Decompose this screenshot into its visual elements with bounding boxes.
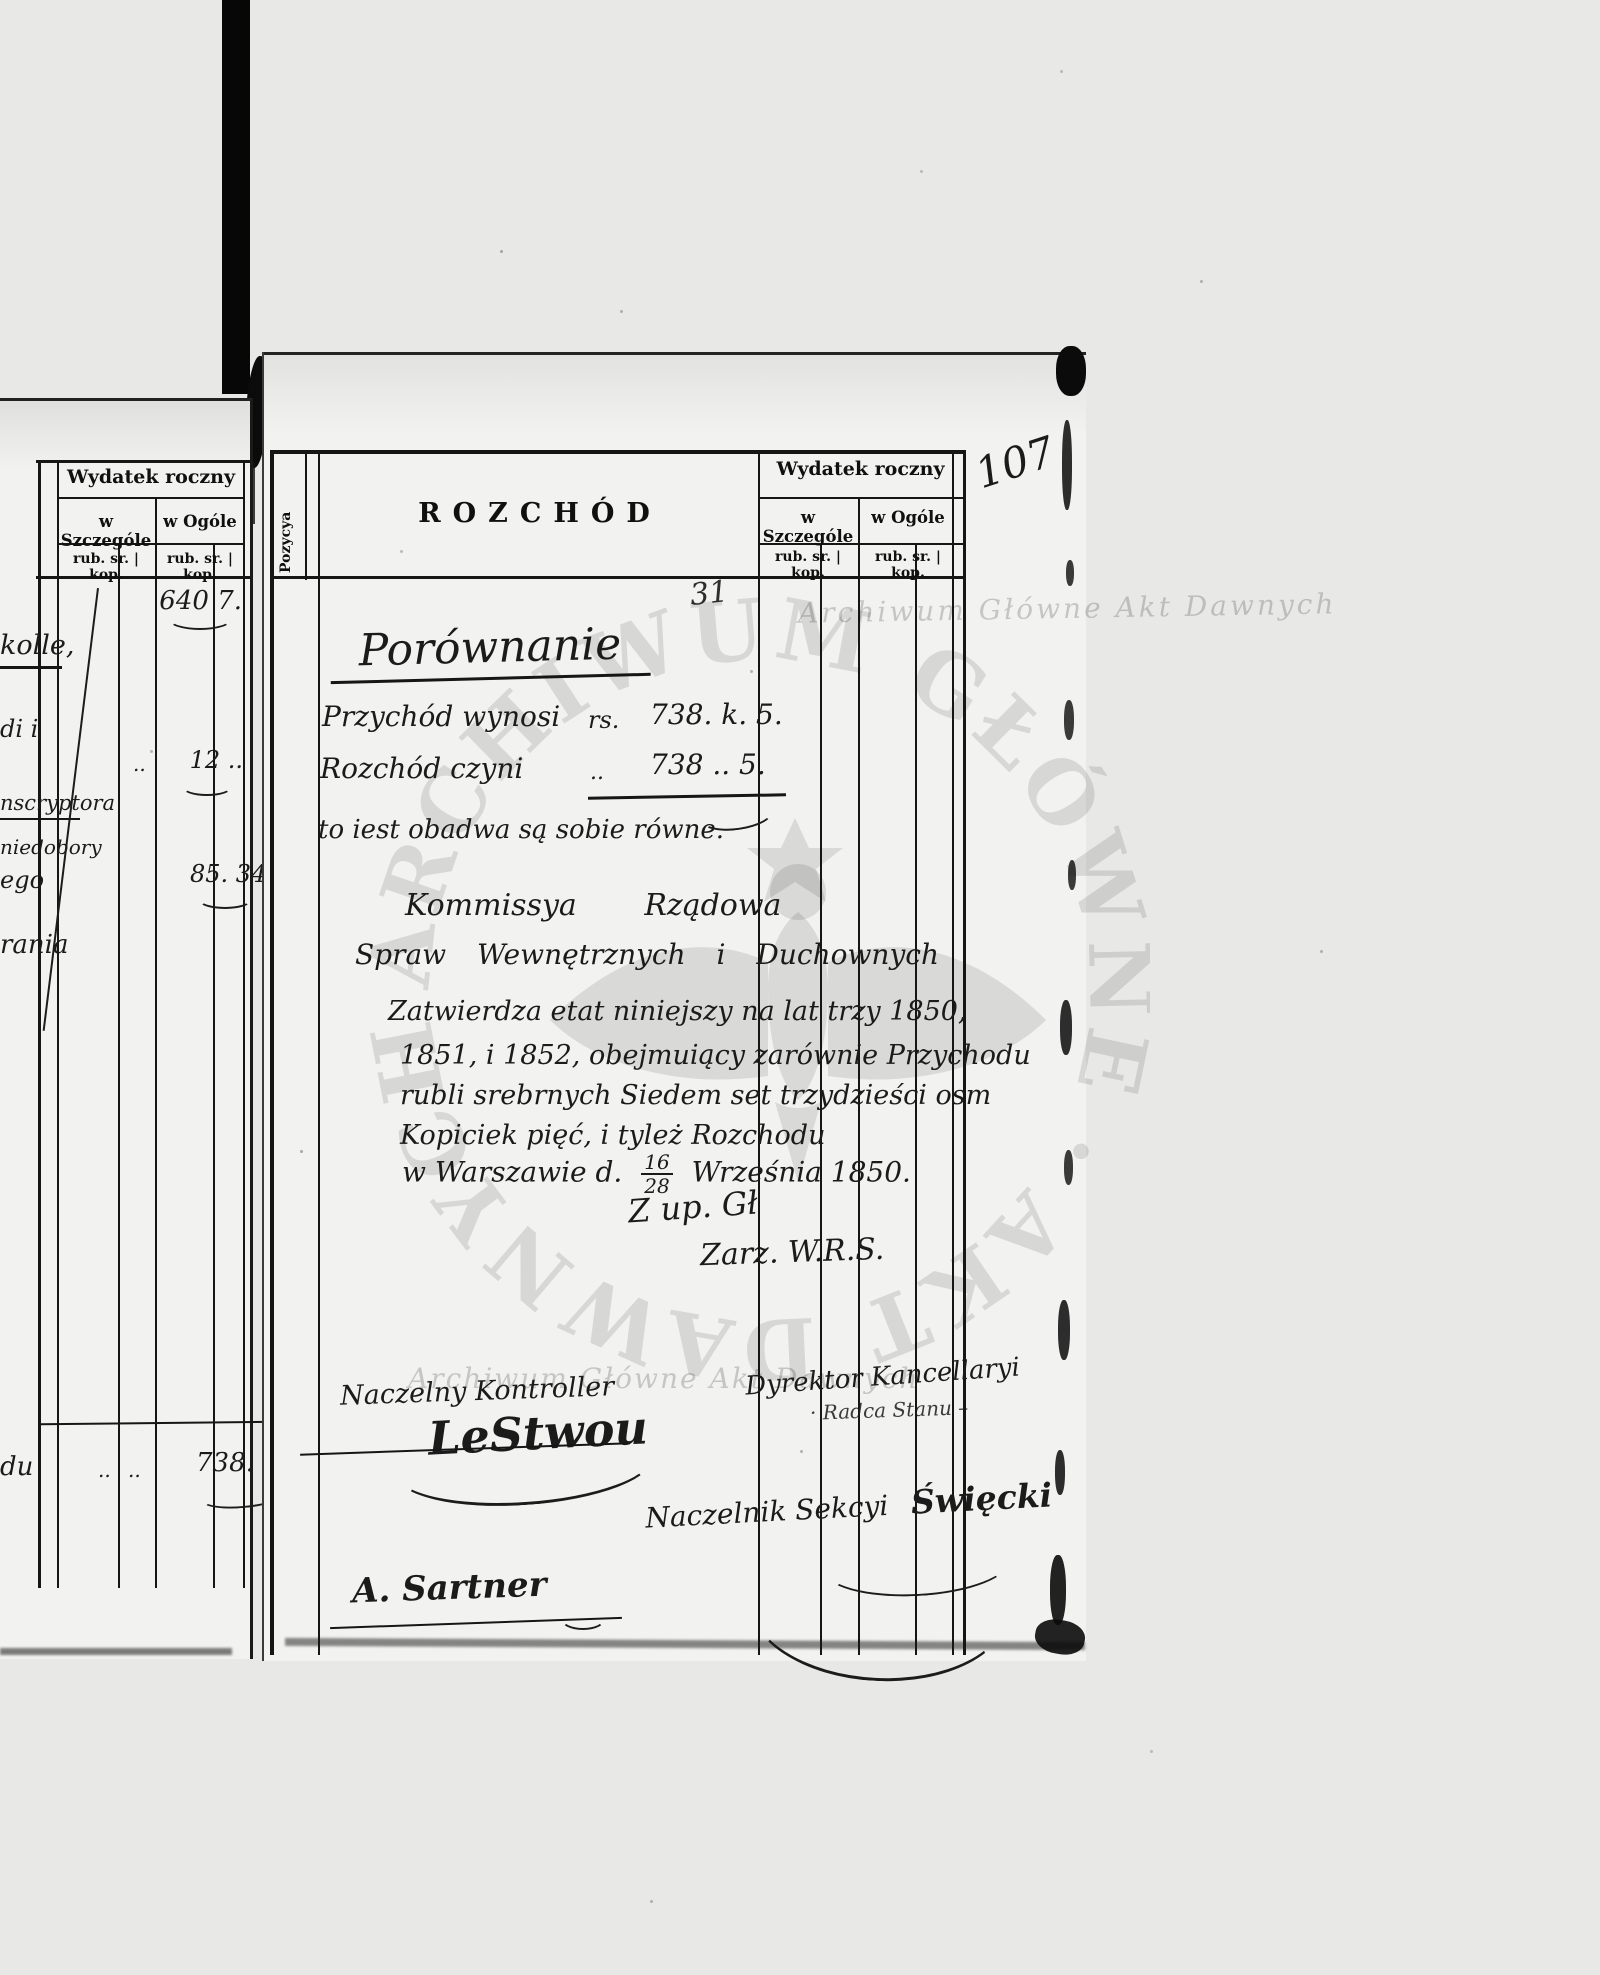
expense-currency: .. bbox=[590, 760, 604, 785]
paragraph-line1: Zatwierdza etat niniejszy na lat trzy 18… bbox=[388, 996, 967, 1027]
right-header-total: w Ogóle bbox=[858, 508, 958, 527]
paragraph-line4: Kopiciek pięć, i tyleż Rozchodu bbox=[400, 1120, 825, 1151]
paper-specks bbox=[500, 250, 503, 253]
left-dots: .. bbox=[98, 1458, 111, 1482]
left-header-group: Wydatek roczny bbox=[57, 466, 245, 488]
expense-label: Rozchód czyni bbox=[320, 752, 523, 785]
left-amount-85-34: 85. 34. bbox=[190, 860, 268, 888]
scanned-archival-document: Wydatek roczny w Szczególe w Ogóle rub. … bbox=[0, 0, 1600, 1975]
bottom-left-signature: A. Sartner bbox=[351, 1565, 547, 1612]
torn-edge-mark bbox=[1064, 1150, 1073, 1185]
date-day-new-style: 16 bbox=[641, 1152, 672, 1175]
income-currency: rs. bbox=[588, 706, 619, 734]
left-word-di-i: di i bbox=[0, 715, 40, 743]
torn-edge-mark bbox=[1062, 420, 1072, 510]
expense-value: 738 .. 5. bbox=[650, 748, 766, 781]
date-line: w Warszawie d. 16 28 Września 1850. bbox=[402, 1152, 911, 1196]
date-prefix: w Warszawie d. bbox=[402, 1156, 622, 1189]
right-table-top-rule bbox=[270, 450, 963, 454]
right-header-detail: w Szczególe bbox=[758, 508, 858, 546]
torn-edge-mark bbox=[1060, 1000, 1072, 1055]
paragraph-line2: 1851, i 1852, obejmuiący zarównie Przych… bbox=[400, 1040, 1031, 1071]
left-table-column-line bbox=[243, 460, 245, 1588]
income-label: Przychód wynosi bbox=[322, 700, 560, 733]
left-page-bottom-edge bbox=[0, 1648, 232, 1655]
left-header-total: w Ogóle bbox=[155, 512, 245, 531]
film-edge-bar bbox=[222, 0, 250, 394]
left-table-top-rule bbox=[36, 460, 250, 463]
torn-edge-mark bbox=[1064, 700, 1074, 740]
left-table-column-line bbox=[213, 543, 215, 1588]
flourish bbox=[560, 1606, 606, 1630]
flourish bbox=[182, 778, 232, 796]
left-amount-12: 12 .. bbox=[183, 746, 243, 774]
left-dots: .. bbox=[133, 752, 146, 776]
right-header-units-total: rub. sr. | kop. bbox=[858, 549, 958, 581]
left-table-rule bbox=[57, 497, 245, 499]
torn-edge-mark bbox=[1068, 860, 1076, 890]
right-header-group: Wydatek roczny bbox=[758, 458, 963, 480]
paragraph-line3: rubli srebrnych Siedem set trzydzieści o… bbox=[400, 1080, 991, 1111]
left-header-detail: w Szczególe bbox=[57, 512, 155, 550]
date-suffix: Września 1850. bbox=[692, 1156, 911, 1189]
committee-line1: Kommissya Rządowa bbox=[405, 888, 781, 923]
comparison-heading: Porównanie bbox=[329, 618, 650, 684]
underline bbox=[0, 666, 62, 669]
section-chief-name: Święcki bbox=[910, 1475, 1053, 1521]
torn-edge-mark bbox=[1056, 346, 1086, 396]
flourish bbox=[198, 890, 252, 909]
left-header-units-detail: rub. sr. | kop. bbox=[57, 551, 155, 583]
income-value: 738. k. 5. bbox=[650, 698, 783, 731]
left-header-units-total: rub. sr. | kop. bbox=[155, 551, 245, 583]
right-table-rule bbox=[758, 497, 965, 499]
flourish bbox=[168, 608, 232, 630]
left-word-scryptora: nscryptora bbox=[0, 791, 78, 815]
pozycya-divider bbox=[305, 453, 307, 580]
left-table-column-line bbox=[118, 543, 120, 1588]
right-column-line bbox=[858, 497, 860, 1655]
equality-line: to iest obadwa są sobie równe. bbox=[318, 815, 724, 845]
left-word-du: du bbox=[0, 1452, 30, 1482]
pozycya-label: Pozycya bbox=[278, 500, 294, 584]
text-margin-line bbox=[318, 453, 320, 1655]
left-word-niedobory: niedobory bbox=[0, 835, 82, 859]
right-header-units-detail: rub. sr. | kop. bbox=[758, 549, 858, 581]
left-word-kolle: kolle, bbox=[0, 630, 60, 661]
signature-zarz: Zarz. W.R.S. bbox=[699, 1232, 884, 1273]
rozchod-title: ROZCHÓD bbox=[330, 498, 750, 529]
pencil-note: 31 bbox=[688, 574, 730, 613]
torn-edge-mark bbox=[1066, 560, 1074, 586]
torn-edge-mark bbox=[1050, 1555, 1066, 1625]
torn-edge-mark bbox=[1058, 1300, 1070, 1360]
left-word-ego: ego bbox=[0, 866, 42, 894]
committee-line2: Spraw Wewnętrznych i Duchownych bbox=[355, 938, 939, 971]
left-table-column-line bbox=[155, 497, 157, 1588]
left-dots: .. bbox=[128, 1458, 141, 1482]
torn-edge-mark bbox=[1055, 1450, 1065, 1495]
right-table-left-border bbox=[270, 450, 274, 1655]
